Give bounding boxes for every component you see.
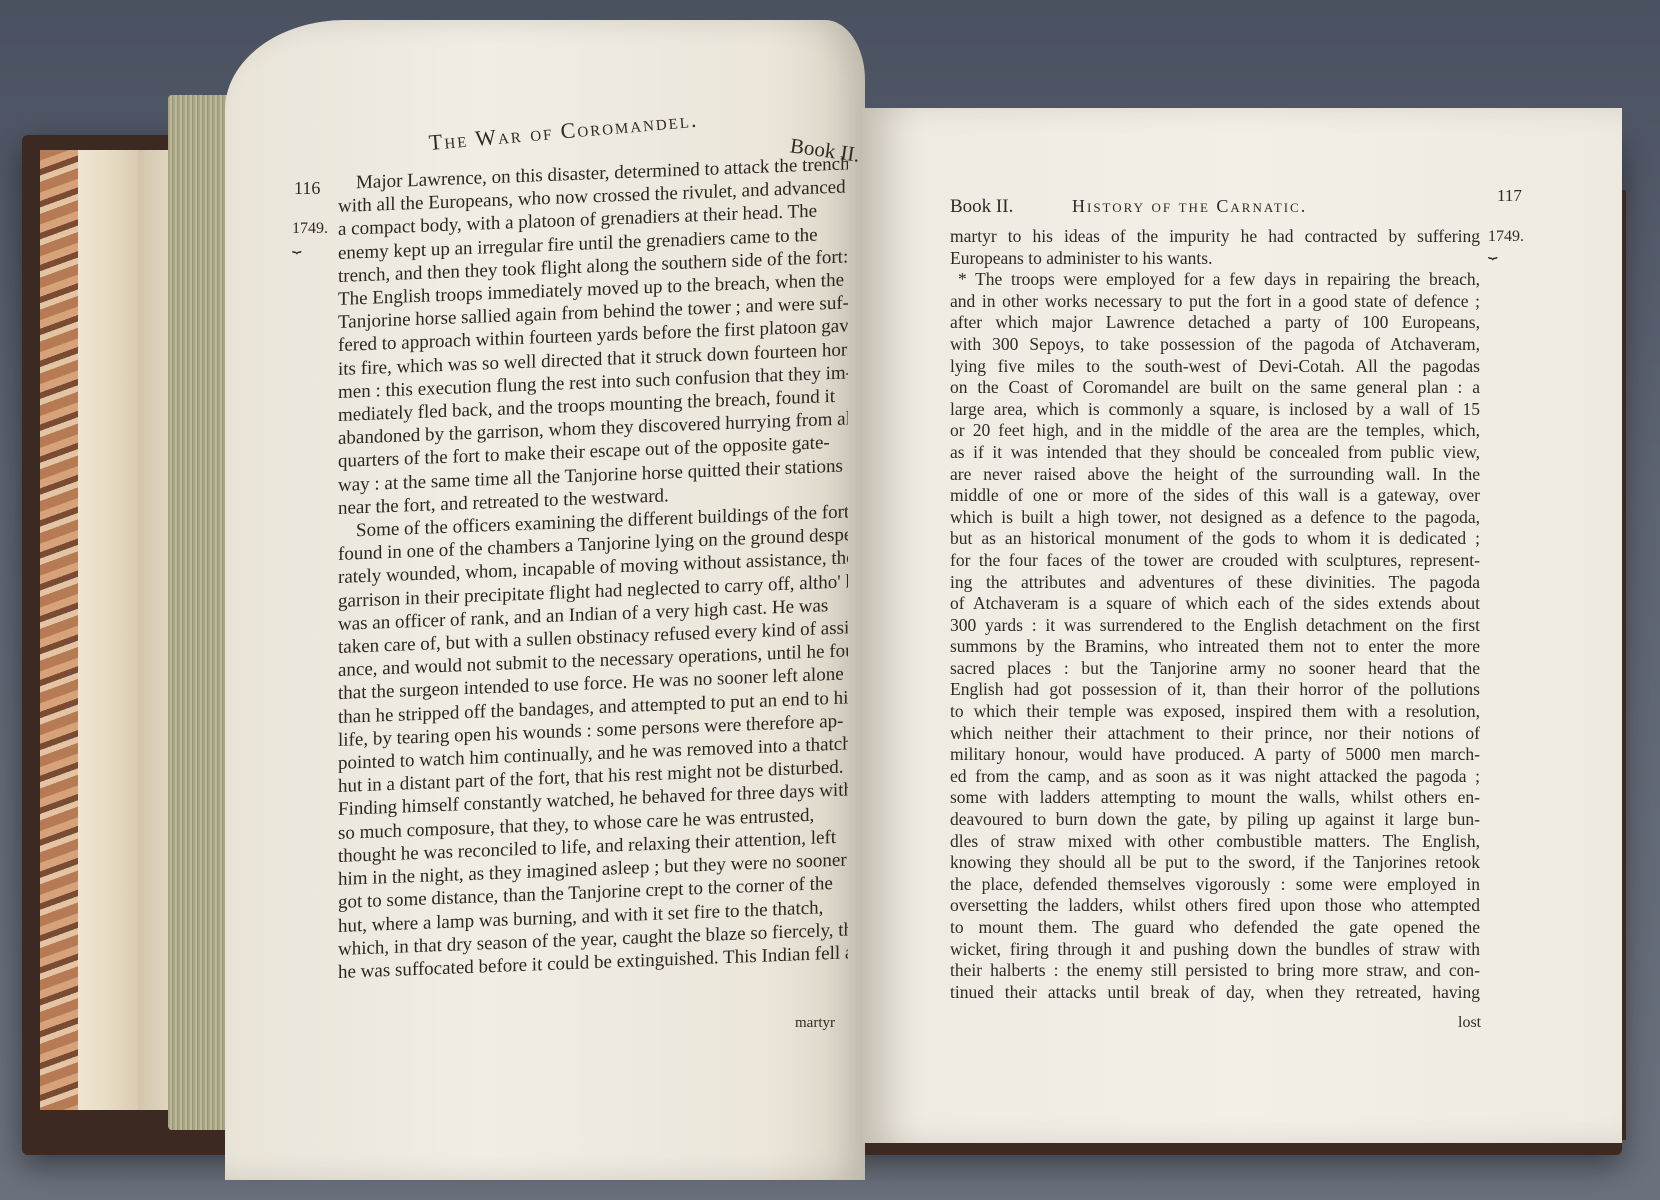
right-catchword: lost [1458, 1014, 1481, 1032]
text-line: large area, which is commonly a square, … [950, 399, 1480, 421]
end-leaves [78, 150, 178, 1110]
text-line: and in other works necessary to put the … [950, 291, 1480, 313]
text-line: wicket, firing through it and pushing do… [950, 939, 1480, 961]
left-page-text: Major Lawrence, on this disaster, determ… [338, 152, 848, 984]
text-line: ed from the camp, and as soon as it was … [950, 766, 1480, 788]
text-line: or 20 feet high, and in the middle of th… [950, 420, 1480, 442]
text-line: as if it was intended that they should b… [950, 442, 1480, 464]
text-line: of Atchaveram is a square of which each … [950, 593, 1480, 615]
text-line: deavoured to burn down the gate, by pili… [950, 809, 1480, 831]
page-block-edges [168, 95, 230, 1130]
left-page-number: 116 [294, 178, 320, 199]
text-line: English had got possession of it, than t… [950, 679, 1480, 701]
text-line: knowing they should all be put to the sw… [950, 852, 1480, 874]
text-line: to which their temple was exposed, inspi… [950, 701, 1480, 723]
text-line: which neither their attachment to their … [950, 723, 1480, 745]
text-line: the place, defended themselves vigorousl… [950, 874, 1480, 896]
text-line: sacred places : but the Tanjorine army n… [950, 658, 1480, 680]
right-book-label: Book II. [950, 196, 1013, 218]
marbled-endpaper [40, 150, 82, 1110]
text-line: oversetting the ladders, whilst others f… [950, 895, 1480, 917]
text-line: ing the attributes and adventures of the… [950, 572, 1480, 594]
text-line: after which major Lawrence detached a pa… [950, 312, 1480, 334]
text-line: middle of one or more of the sides of th… [950, 485, 1480, 507]
text-line: on the Coast of Coromandel are built on … [950, 377, 1480, 399]
text-line: to mount them. The guard who defended th… [950, 917, 1480, 939]
text-line: summons by the Bramins, who intreated th… [950, 636, 1480, 658]
right-running-head: History of the Carnatic. [1072, 196, 1307, 217]
right-page-number: 117 [1497, 186, 1522, 206]
text-line: 300 yards : it was surrendered to the En… [950, 615, 1480, 637]
text-line: which is built a high tower, not designe… [950, 507, 1480, 529]
text-line: with 300 Sepoys, to take possession of t… [950, 334, 1480, 356]
right-page-text: martyr to his ideas of the impurity he h… [950, 226, 1480, 1003]
text-line: for the four faces of the tower are crou… [950, 550, 1480, 572]
right-margin-brace-icon: ⏟ [1488, 242, 1498, 260]
text-line: lying five miles to the south-west of De… [950, 356, 1480, 378]
text-line: tinued their attacks until break of day,… [950, 982, 1480, 1004]
text-line: martyr to his ideas of the impurity he h… [950, 226, 1480, 248]
text-line: military honour, would have produced. A … [950, 744, 1480, 766]
text-line: * The troops were employed for a few day… [950, 269, 1480, 291]
text-line: their halberts : the enemy still persist… [950, 960, 1480, 982]
text-line: are never raised above the height of the… [950, 464, 1480, 486]
left-catchword: martyr [795, 1015, 835, 1032]
text-line: but as an historical monument of the god… [950, 528, 1480, 550]
text-line: Europeans to administer to his wants. [950, 248, 1480, 270]
left-margin-brace-icon: ⏟ [292, 236, 302, 254]
text-line: some with ladders attempting to mount th… [950, 787, 1480, 809]
book-photo: The War of Coromandel. Book II. 116 1749… [0, 0, 1660, 1200]
text-line: dles of straw mixed with other combustib… [950, 831, 1480, 853]
